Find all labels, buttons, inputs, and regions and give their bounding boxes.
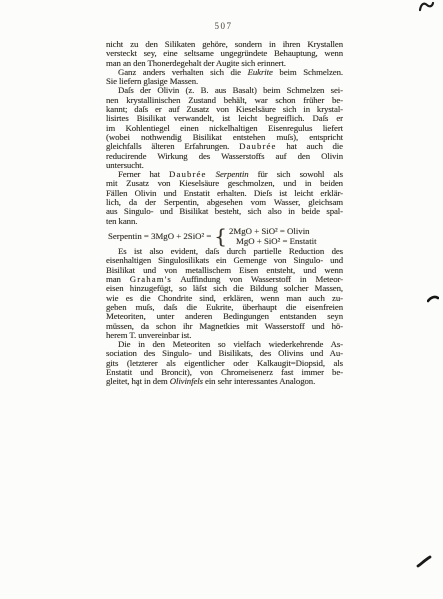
- equation-branch-enstatit: MgO + SiO² = Enstatit: [229, 237, 317, 247]
- speck-artifact: [137, 384, 139, 386]
- text-segment: Olivinfels: [170, 376, 203, 386]
- text-segment: Eukrite: [248, 67, 273, 77]
- brace-glyph: {: [214, 227, 227, 246]
- ink-mark-bottom-right-icon: [416, 555, 432, 569]
- paragraph-block-1: nicht zu den Silikaten gehöre, sondern i…: [106, 40, 343, 226]
- ink-mark-middle-right-icon: [427, 294, 439, 304]
- text-line: gleitet, hat in dem Olivinfels ein sehr …: [106, 377, 343, 386]
- text-segment: ein sehr interessantes Analogon.: [203, 376, 315, 386]
- text-segment: aus Singulo- und Bisilikat besteht, sich…: [106, 206, 343, 216]
- ink-mark-top-right-icon: [419, 1, 435, 13]
- body-text: nicht zu den Silikaten gehöre, sondern i…: [106, 40, 343, 387]
- text-line: aus Singulo- und Bisilikat besteht, sich…: [106, 207, 343, 216]
- page-number: 507: [105, 21, 342, 31]
- document-page: 507 nicht zu den Silikaten gehöre, sonde…: [0, 0, 443, 599]
- equation-branches: 2MgO + SiO² = Olivin MgO + SiO² = Enstat…: [229, 227, 317, 246]
- paragraph-block-2: Es ist also evident, daſs durch partiell…: [106, 247, 343, 386]
- equation-lhs: Serpentin = 3MgO + 2SiO² =: [108, 232, 211, 241]
- chemical-equation: Serpentin = 3MgO + 2SiO² = { 2MgO + SiO²…: [108, 227, 343, 246]
- text-segment: beim Schmelzen.: [273, 67, 343, 77]
- text-segment: ten kann.: [106, 216, 137, 226]
